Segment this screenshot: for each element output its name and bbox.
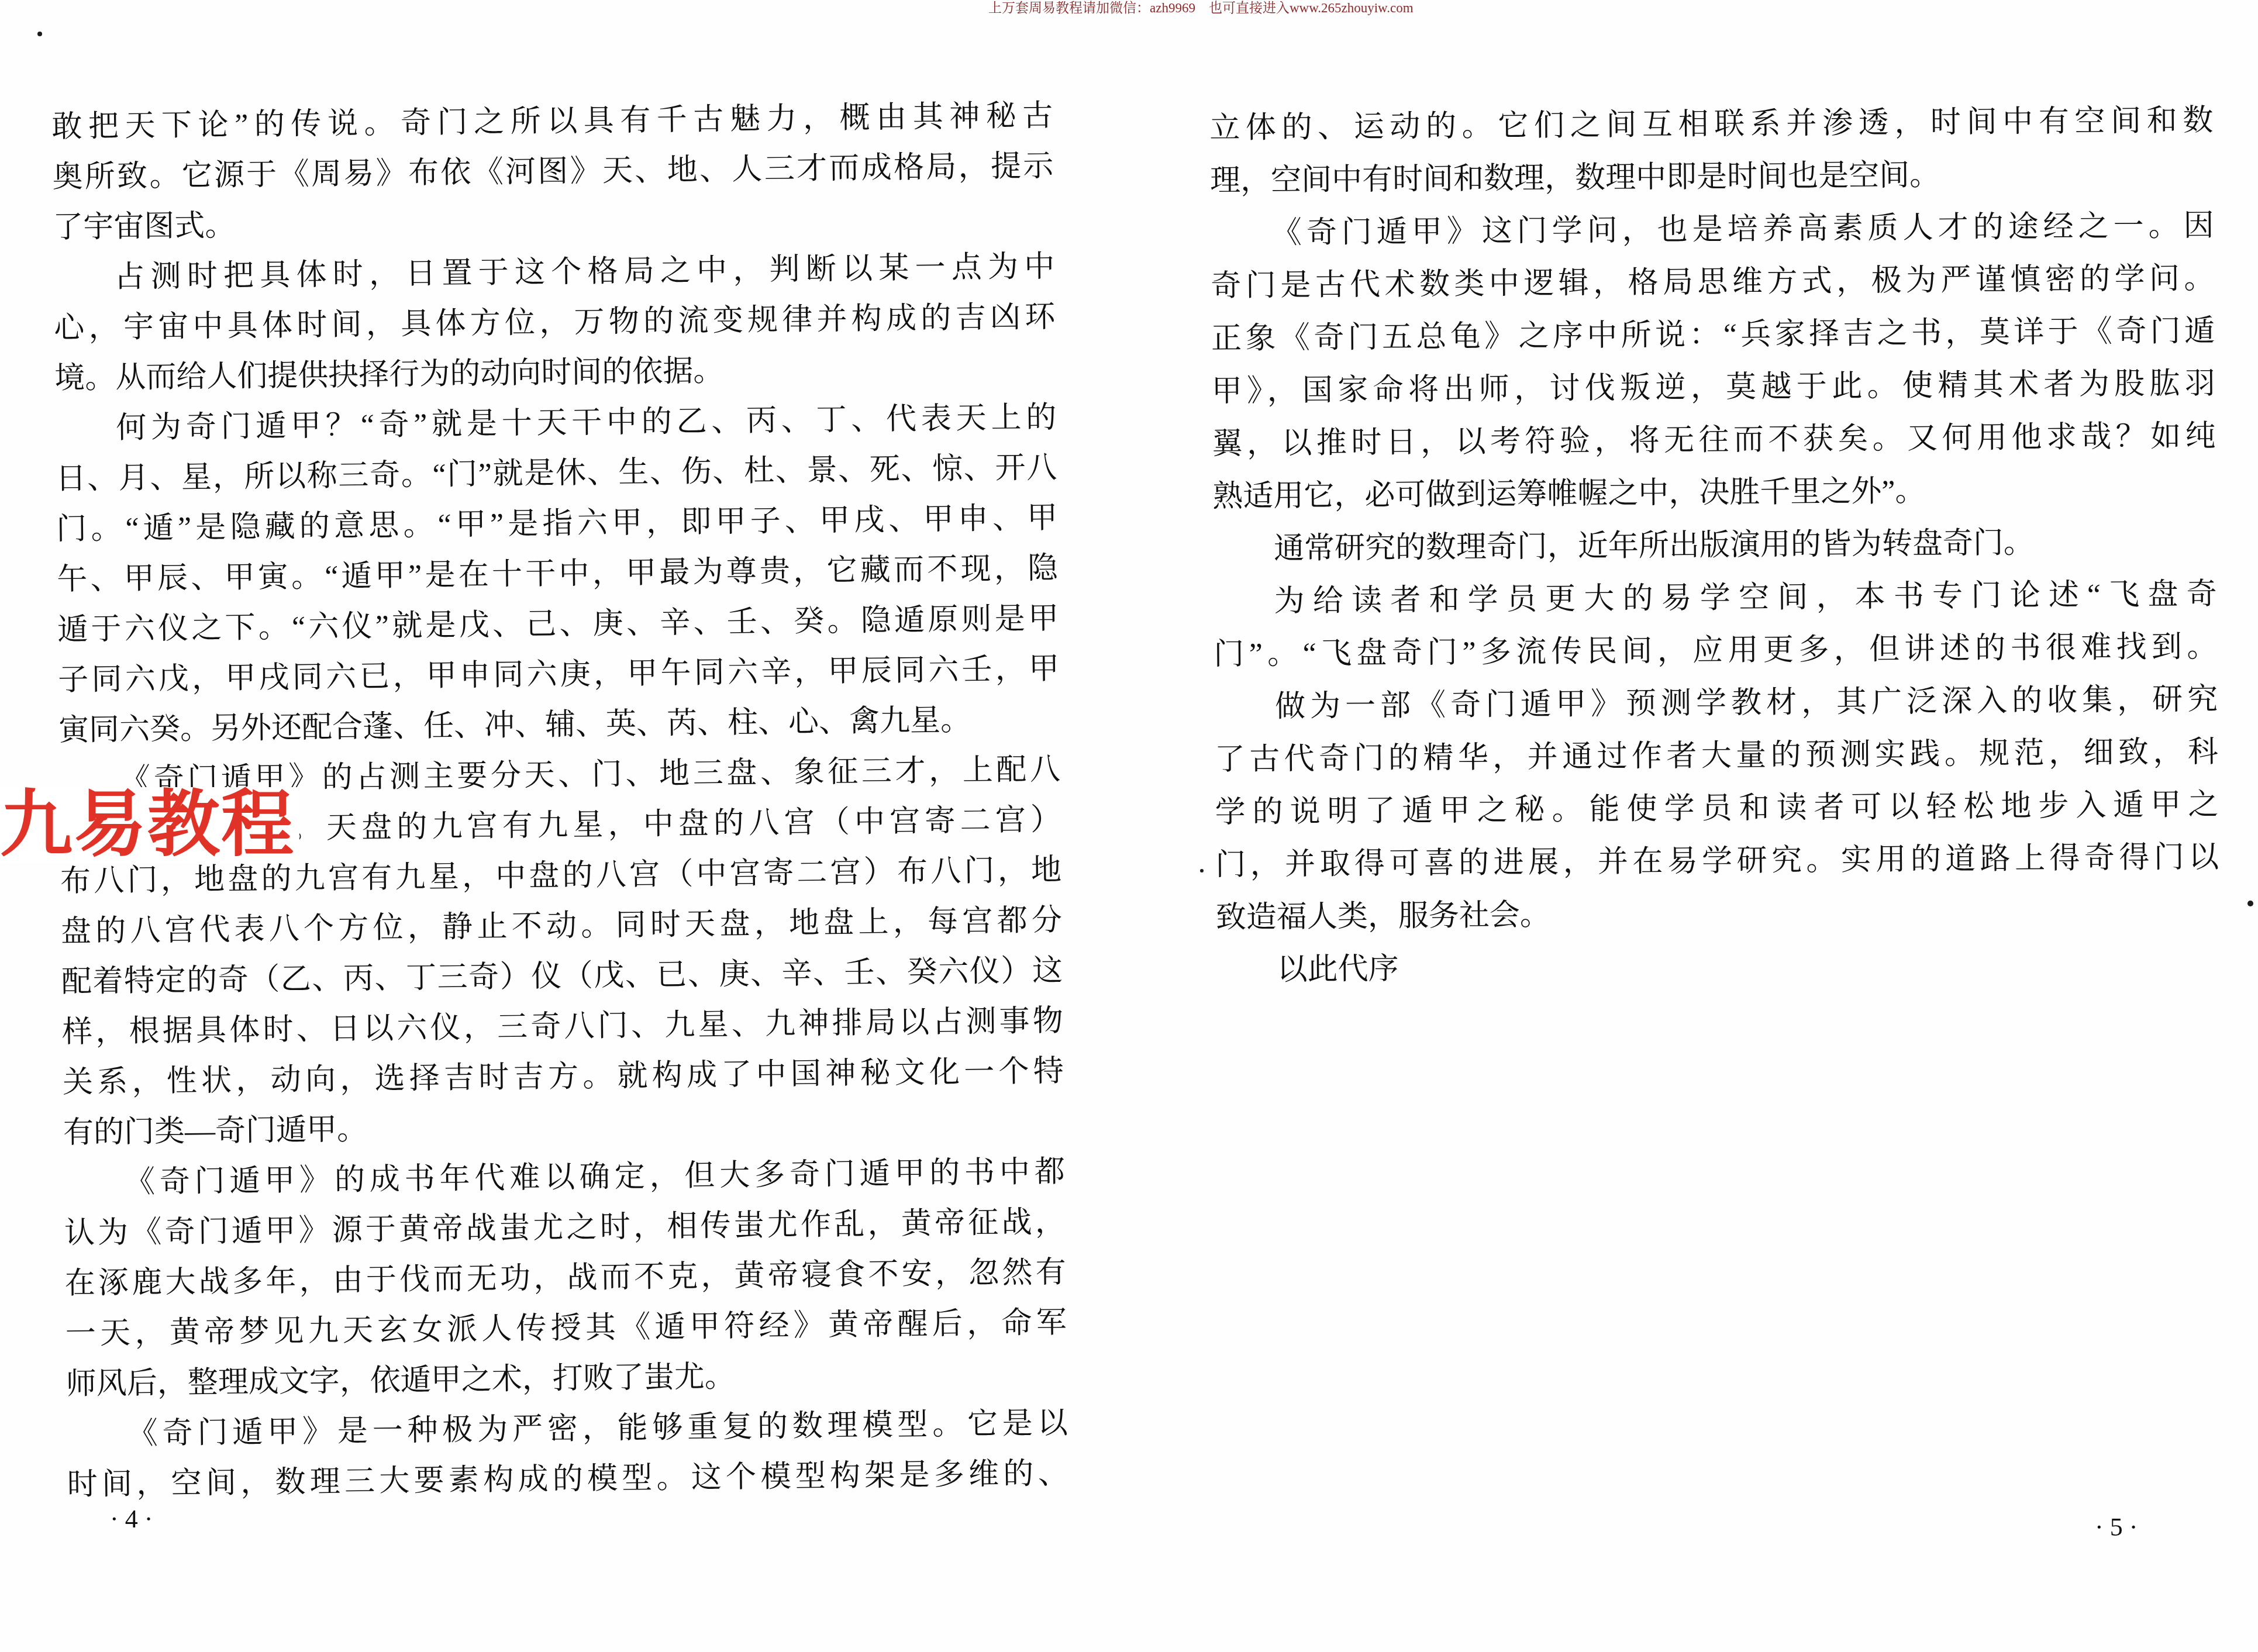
text-line: 理，空间中有时间和数理，数理中即是时间也是空间。 [1210,147,2214,208]
text-line: 正象《奇门五总龟》之序中所说：“兵家择吉之书，莫详于《奇门遁 [1211,305,2215,365]
text-line: 甲》，国家命将出师，讨伐叛逆，莫越于此。使精其术者为股肱羽 [1212,358,2216,418]
text-line: 为给读者和学员更大的易学空间，本书专门论述“飞盘奇 [1213,568,2217,628]
scan-speck [37,32,42,36]
scan-speck [2247,901,2253,906]
page-number-left: · 4 · [110,1504,153,1534]
text-line: 门，并取得可喜的进展，并在易学研究。实用的道路上得奇得门以 [1215,831,2219,891]
text-line: 以此代序 [1216,936,2220,996]
text-line: 做为一部《奇门遁甲》预测学教材，其广泛深入的收集，研究 [1214,673,2218,733]
header-promo-text: 上万套周易教程请加微信：azh9969 也可直接进入www.265zhouyiw… [988,1,1414,16]
text-line: 门”。“飞盘奇门”多流传民间，应用更多，但讲述的书很难找到。 [1214,620,2218,681]
text-line: 《奇门遁甲》这门学问，也是培养高素质人才的途经之一。因 [1210,200,2214,260]
text-line: 翼，以推时日，以考符验，将无往而不获矣。又何用他求哉？如纯 [1212,411,2216,471]
page-number-right: · 5 · [2095,1512,2138,1542]
text-line: 立体的、运动的。它们之间互相联系并渗透，时间中有空间和数 [1209,95,2214,155]
scan-speck [1200,869,1204,872]
right-page-text-column: 立体的、运动的。它们之间互相联系并渗透，时间中有空间和数理，空间中有时间和数理，… [1209,95,2220,997]
text-line: 学的说明了遁甲之秘。能使学员和读者可以轻松地步入遁甲之 [1215,778,2219,839]
text-line: 致造福人类，服务社会。 [1216,884,2220,944]
text-line: 了古代奇门的精华，并通过作者大量的预测实践。规范，细致，科 [1214,726,2218,786]
text-line: 熟适用它，必可做到运筹帷幄之中，决胜千里之外”。 [1212,463,2216,523]
text-line: 时间，空间，数理三大要素构成的模型。这个模型构架是多维的、 [67,1448,1068,1510]
watermark-text: 九易教程 [0,787,299,862]
text-line: 通常研究的数理奇门，近年所出版演用的皆为转盘奇门。 [1213,516,2217,576]
text-line: 奇门是古代术数类中逻辑，格局思维方式，极为严谨慎密的学问。 [1211,253,2215,313]
book-spread: 上万套周易教程请加微信：azh9969 也可直接进入www.265zhouyiw… [0,0,2258,1652]
